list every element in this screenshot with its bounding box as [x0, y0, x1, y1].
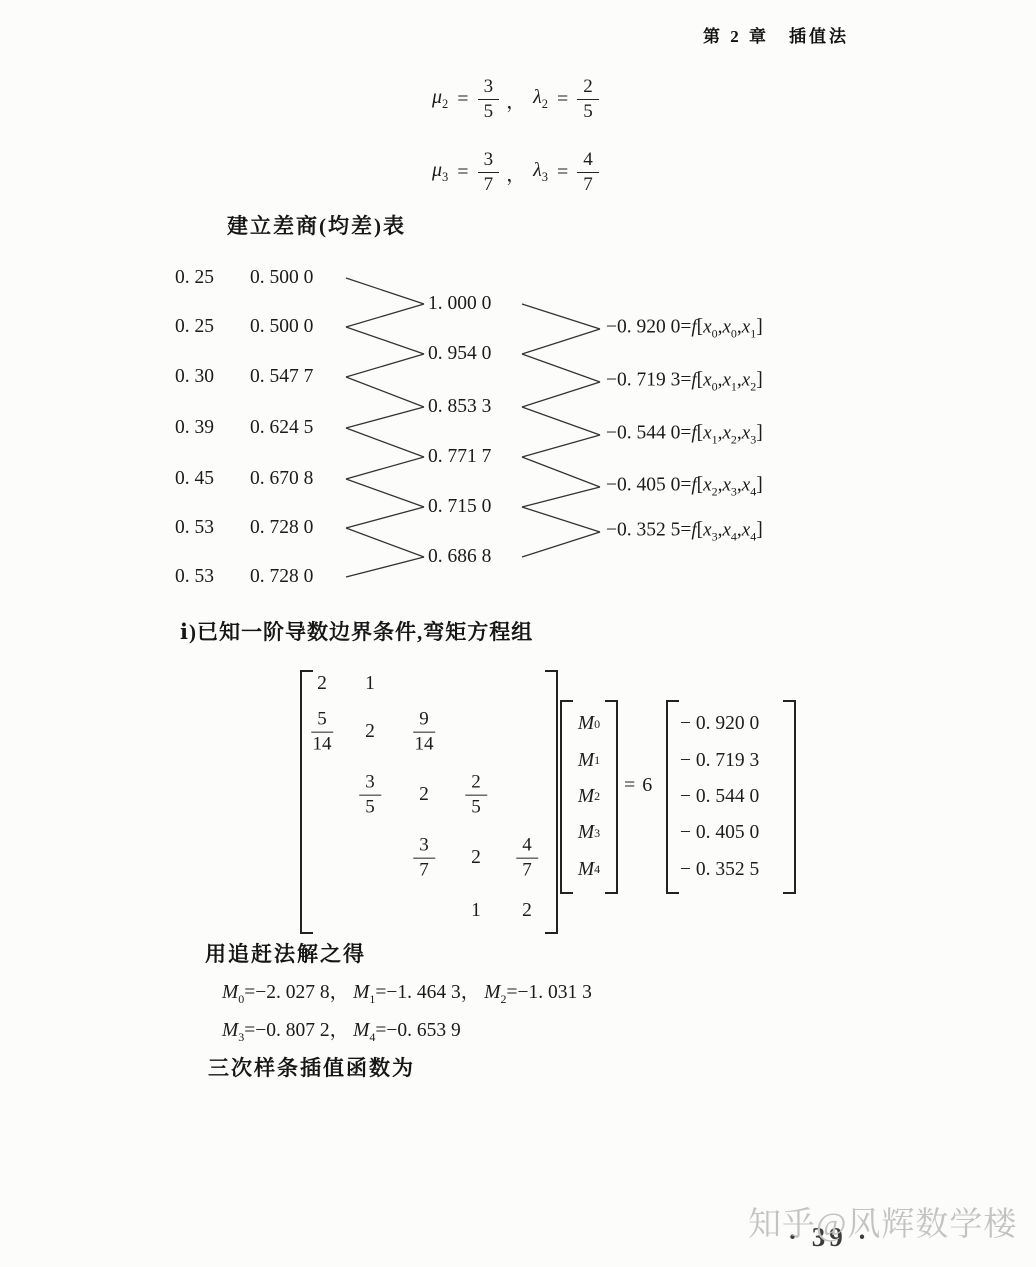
- zigzag-line: [522, 329, 600, 354]
- fraction: 514: [311, 709, 333, 756]
- value: −0. 653 9: [386, 1020, 460, 1041]
- fraction: 25: [577, 76, 599, 123]
- fx-value: 0. 500 0: [250, 267, 313, 289]
- equals-sign: =: [455, 88, 470, 111]
- M-symbol: M: [578, 750, 594, 772]
- rhs-vector-entry: − 0. 719 3: [666, 750, 796, 772]
- equals-sign: =: [680, 423, 691, 444]
- matrix-cell: 1: [471, 900, 481, 922]
- value: −1. 464 3: [386, 982, 460, 1003]
- fraction: 47: [577, 149, 599, 196]
- zigzag-line: [346, 428, 424, 457]
- zigzag-line: [522, 532, 600, 557]
- section-title-cubic-spline: 三次样条插值函数为: [208, 1052, 415, 1082]
- fx-value: 0. 547 7: [250, 366, 313, 388]
- zigzag-line: [522, 487, 600, 507]
- matrix-cell: 2: [471, 847, 481, 869]
- equals-sign: =: [244, 1020, 255, 1041]
- difference-value: −0. 405 0: [606, 475, 680, 496]
- zigzag-line: [346, 528, 424, 557]
- right-bracket: ]: [756, 370, 763, 391]
- solution-value: M3=−0. 807 2，: [222, 1020, 349, 1041]
- coefficient-matrix: 215142914352253724712: [300, 670, 558, 934]
- matrix-cell: 37: [413, 835, 435, 882]
- equals-sign: =: [680, 370, 691, 391]
- equals-sign: =: [680, 520, 691, 541]
- M-symbol: M: [578, 786, 594, 808]
- section-title-boundary-condition: ⅰ)已知一阶导数边界条件,弯矩方程组: [180, 616, 533, 646]
- M-symbol: M: [222, 982, 238, 1003]
- M-symbol: M: [222, 1020, 238, 1041]
- x-value: 0. 53: [175, 566, 214, 588]
- zigzag-line: [522, 382, 600, 407]
- zigzag-line: [522, 457, 600, 487]
- matrix-cell: 2: [365, 721, 375, 743]
- x-symbol: x: [703, 317, 711, 338]
- x-value: 0. 45: [175, 468, 214, 490]
- x-symbol: x: [722, 423, 730, 444]
- x-symbol: x: [742, 423, 750, 444]
- fraction: 47: [516, 835, 538, 882]
- first-divided-difference: 0. 686 8: [428, 546, 491, 568]
- book-page: 第 2 章 插值法 μ2 = 35 ， λ2 = 25 μ3 = 37 ， λ3…: [0, 0, 1036, 1267]
- x-value: 0. 39: [175, 417, 214, 439]
- right-bracket: ]: [756, 317, 763, 338]
- mu-term: μ3: [432, 159, 448, 185]
- zigzag-line: [346, 377, 424, 407]
- equals-sign: =: [555, 88, 570, 111]
- equals-sign: =: [375, 982, 386, 1003]
- moment-vector-entry: M4: [560, 859, 618, 881]
- second-divided-difference: −0. 719 3=f[x0,x1,x2]: [606, 370, 763, 395]
- fraction: 35: [478, 76, 500, 123]
- solution-value: M2=−1. 031 3: [484, 982, 592, 1003]
- x-symbol: x: [722, 317, 730, 338]
- x-symbol: x: [742, 317, 750, 338]
- matrix-cell: 47: [516, 835, 538, 882]
- x-value: 0. 53: [175, 517, 214, 539]
- fraction: 914: [413, 709, 435, 756]
- solution-values-line-2: M3=−0. 807 2，M4=−0. 653 9: [222, 1014, 465, 1045]
- x-symbol: x: [722, 520, 730, 541]
- section-title-chasing-method: 用追赶法解之得: [205, 938, 366, 968]
- fraction: 37: [413, 835, 435, 882]
- difference-value: −0. 719 3: [606, 370, 680, 391]
- M-subscript: 3: [594, 826, 600, 841]
- M-symbol: M: [353, 982, 369, 1003]
- equals-sign: =: [375, 1020, 386, 1041]
- zigzag-line: [346, 557, 424, 577]
- zigzag-line: [346, 407, 424, 428]
- value: −2. 027 8: [255, 982, 329, 1003]
- fraction: 25: [465, 772, 487, 819]
- x-value: 0. 25: [175, 316, 214, 338]
- value: −1. 031 3: [518, 982, 592, 1003]
- zigzag-line: [346, 304, 424, 327]
- fraction: 37: [478, 149, 500, 196]
- formula-line-mu3-lambda3: μ3 = 37 ， λ3 = 47: [432, 149, 599, 196]
- M-subscript: 0: [594, 717, 600, 732]
- difference-value: −0. 352 5: [606, 520, 680, 541]
- M-subscript: 2: [594, 789, 600, 804]
- divided-difference-table: 0. 250. 250. 300. 390. 450. 530. 530. 50…: [168, 258, 908, 592]
- equals-sign: =: [507, 982, 518, 1003]
- M-symbol: M: [578, 713, 594, 735]
- second-divided-difference: −0. 544 0=f[x1,x2,x3]: [606, 423, 763, 448]
- x-value: 0. 25: [175, 267, 214, 289]
- zigzag-line: [346, 479, 424, 507]
- zigzag-line: [346, 278, 424, 304]
- M-subscript: 4: [594, 862, 600, 877]
- equals-sign: =: [555, 161, 570, 184]
- zigzag-line: [346, 354, 424, 377]
- chapter-header: 第 2 章 插值法: [703, 22, 849, 47]
- right-bracket: [545, 670, 558, 934]
- x-symbol: x: [703, 370, 711, 391]
- x-symbol: x: [742, 370, 750, 391]
- matrix-cell: 1: [365, 673, 375, 695]
- right-bracket: ]: [756, 423, 763, 444]
- comma: ，: [506, 158, 526, 187]
- first-divided-difference: 0. 771 7: [428, 446, 491, 468]
- zigzag-line: [346, 327, 424, 354]
- first-divided-difference: 0. 853 3: [428, 396, 491, 418]
- equals-sign: =: [455, 161, 470, 184]
- right-bracket: ]: [756, 475, 763, 496]
- solution-value: M1=−1. 464 3，: [353, 982, 480, 1003]
- M-symbol: M: [484, 982, 500, 1003]
- zigzag-line: [522, 435, 600, 457]
- zigzag-line: [522, 304, 600, 329]
- comma: ，: [330, 1020, 350, 1041]
- rhs-vector-entry: − 0. 544 0: [666, 786, 796, 808]
- M-symbol: M: [578, 822, 594, 844]
- moment-vector: M0M1M2M3M4: [560, 700, 618, 894]
- fx-value: 0. 728 0: [250, 566, 313, 588]
- first-divided-difference: 0. 715 0: [428, 496, 491, 518]
- first-divided-difference: 1. 000 0: [428, 293, 491, 315]
- right-bracket: ]: [756, 520, 763, 541]
- x-symbol: x: [722, 370, 730, 391]
- section-title-build-table: 建立差商(均差)表: [227, 210, 406, 240]
- zigzag-line: [522, 354, 600, 382]
- zigzag-line: [522, 407, 600, 435]
- M-symbol: M: [578, 859, 594, 881]
- x-symbol: x: [742, 475, 750, 496]
- moment-vector-entry: M0: [560, 713, 618, 735]
- comma: ，: [506, 85, 526, 114]
- fx-value: 0. 670 8: [250, 468, 313, 490]
- fx-value: 0. 500 0: [250, 316, 313, 338]
- comma: ，: [461, 982, 481, 1003]
- zigzag-line: [346, 507, 424, 528]
- formula-line-mu2-lambda2: μ2 = 35 ， λ2 = 25: [432, 76, 599, 123]
- x-symbol: x: [703, 475, 711, 496]
- equals-sign: =: [244, 982, 255, 1003]
- rhs-vector-entry: − 0. 405 0: [666, 822, 796, 844]
- solution-value: M4=−0. 653 9: [353, 1020, 461, 1041]
- matrix-cell: 35: [359, 772, 381, 819]
- x-symbol: x: [703, 423, 711, 444]
- rhs-vector: − 0. 920 0− 0. 719 3− 0. 544 0− 0. 405 0…: [666, 700, 796, 894]
- lambda-term: λ2: [533, 86, 548, 112]
- x-symbol: x: [742, 520, 750, 541]
- zigzag-line: [522, 507, 600, 532]
- matrix-cell: 914: [413, 709, 435, 756]
- matrix-cell: 25: [465, 772, 487, 819]
- solution-value: M0=−2. 027 8，: [222, 982, 349, 1003]
- lambda-term: λ3: [533, 159, 548, 185]
- rhs-vector-entry: − 0. 352 5: [666, 859, 796, 881]
- difference-value: −0. 920 0: [606, 317, 680, 338]
- equals-sign: =: [680, 475, 691, 496]
- x-symbol: x: [722, 475, 730, 496]
- fx-value: 0. 624 5: [250, 417, 313, 439]
- second-divided-difference: −0. 352 5=f[x3,x4,x4]: [606, 520, 763, 545]
- comma: ，: [330, 982, 350, 1003]
- moment-vector-entry: M2: [560, 786, 618, 808]
- M-subscript: 1: [594, 753, 600, 768]
- matrix-cell: 2: [317, 673, 327, 695]
- x-value: 0. 30: [175, 366, 214, 388]
- x-symbol: x: [703, 520, 711, 541]
- fx-value: 0. 728 0: [250, 517, 313, 539]
- watermark: 知乎@风辉数学楼: [748, 1198, 1017, 1245]
- mu-term: μ2: [432, 86, 448, 112]
- second-divided-difference: −0. 405 0=f[x2,x3,x4]: [606, 475, 763, 500]
- difference-value: −0. 544 0: [606, 423, 680, 444]
- fraction: 35: [359, 772, 381, 819]
- equals-sign: =: [680, 317, 691, 338]
- matrix-cell: 514: [311, 709, 333, 756]
- moment-vector-entry: M1: [560, 750, 618, 772]
- solution-values-line-1: M0=−2. 027 8，M1=−1. 464 3，M2=−1. 031 3: [222, 976, 596, 1007]
- moment-vector-entry: M3: [560, 822, 618, 844]
- value: −0. 807 2: [255, 1020, 329, 1041]
- M-symbol: M: [353, 1020, 369, 1041]
- zigzag-line: [346, 457, 424, 479]
- first-divided-difference: 0. 954 0: [428, 343, 491, 365]
- rhs-vector-entry: − 0. 920 0: [666, 713, 796, 735]
- second-divided-difference: −0. 920 0=f[x0,x0,x1]: [606, 317, 763, 342]
- matrix-cell: 2: [522, 900, 532, 922]
- matrix-cell: 2: [419, 784, 429, 806]
- equals-coefficient: = 6: [624, 774, 653, 797]
